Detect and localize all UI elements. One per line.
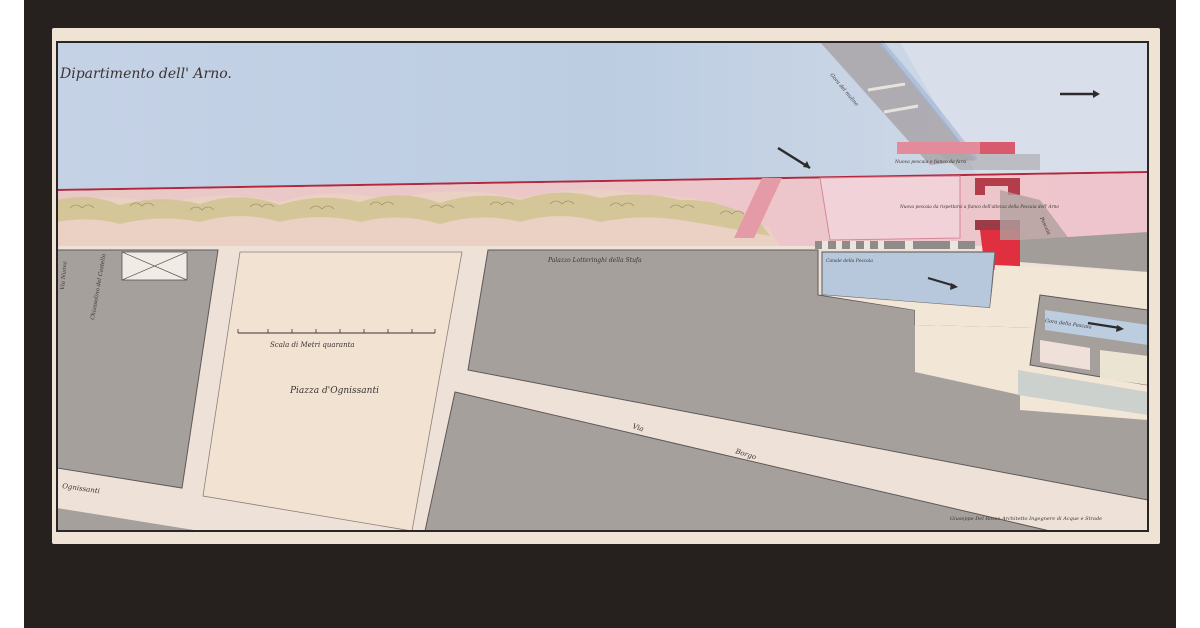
canal-right-building bbox=[1018, 295, 1148, 415]
label-canal-lower: Canale della Pescaia bbox=[826, 258, 873, 264]
historical-map: Dipartimento dell' Arno. Scala di Metri … bbox=[0, 0, 1200, 628]
scale-caption: Scala di Metri quaranta bbox=[270, 341, 355, 349]
label-piazza: Piazza d'Ognissanti bbox=[289, 386, 379, 396]
hatched-bridge bbox=[815, 241, 975, 249]
map-title: Dipartimento dell' Arno. bbox=[59, 66, 232, 82]
label-pink-top: Nuova pescaia e fianco da farsi bbox=[894, 159, 967, 165]
signature: Giuseppe Del Rosso Architetto Ingegnere … bbox=[950, 516, 1102, 522]
label-pink-mid: Nuova pescaia da rispettarsi a fianco de… bbox=[899, 205, 1059, 210]
map-inner-area bbox=[57, 42, 1148, 531]
label-lungarno: Palazzo Lotteringhi della Stufa bbox=[547, 257, 642, 264]
